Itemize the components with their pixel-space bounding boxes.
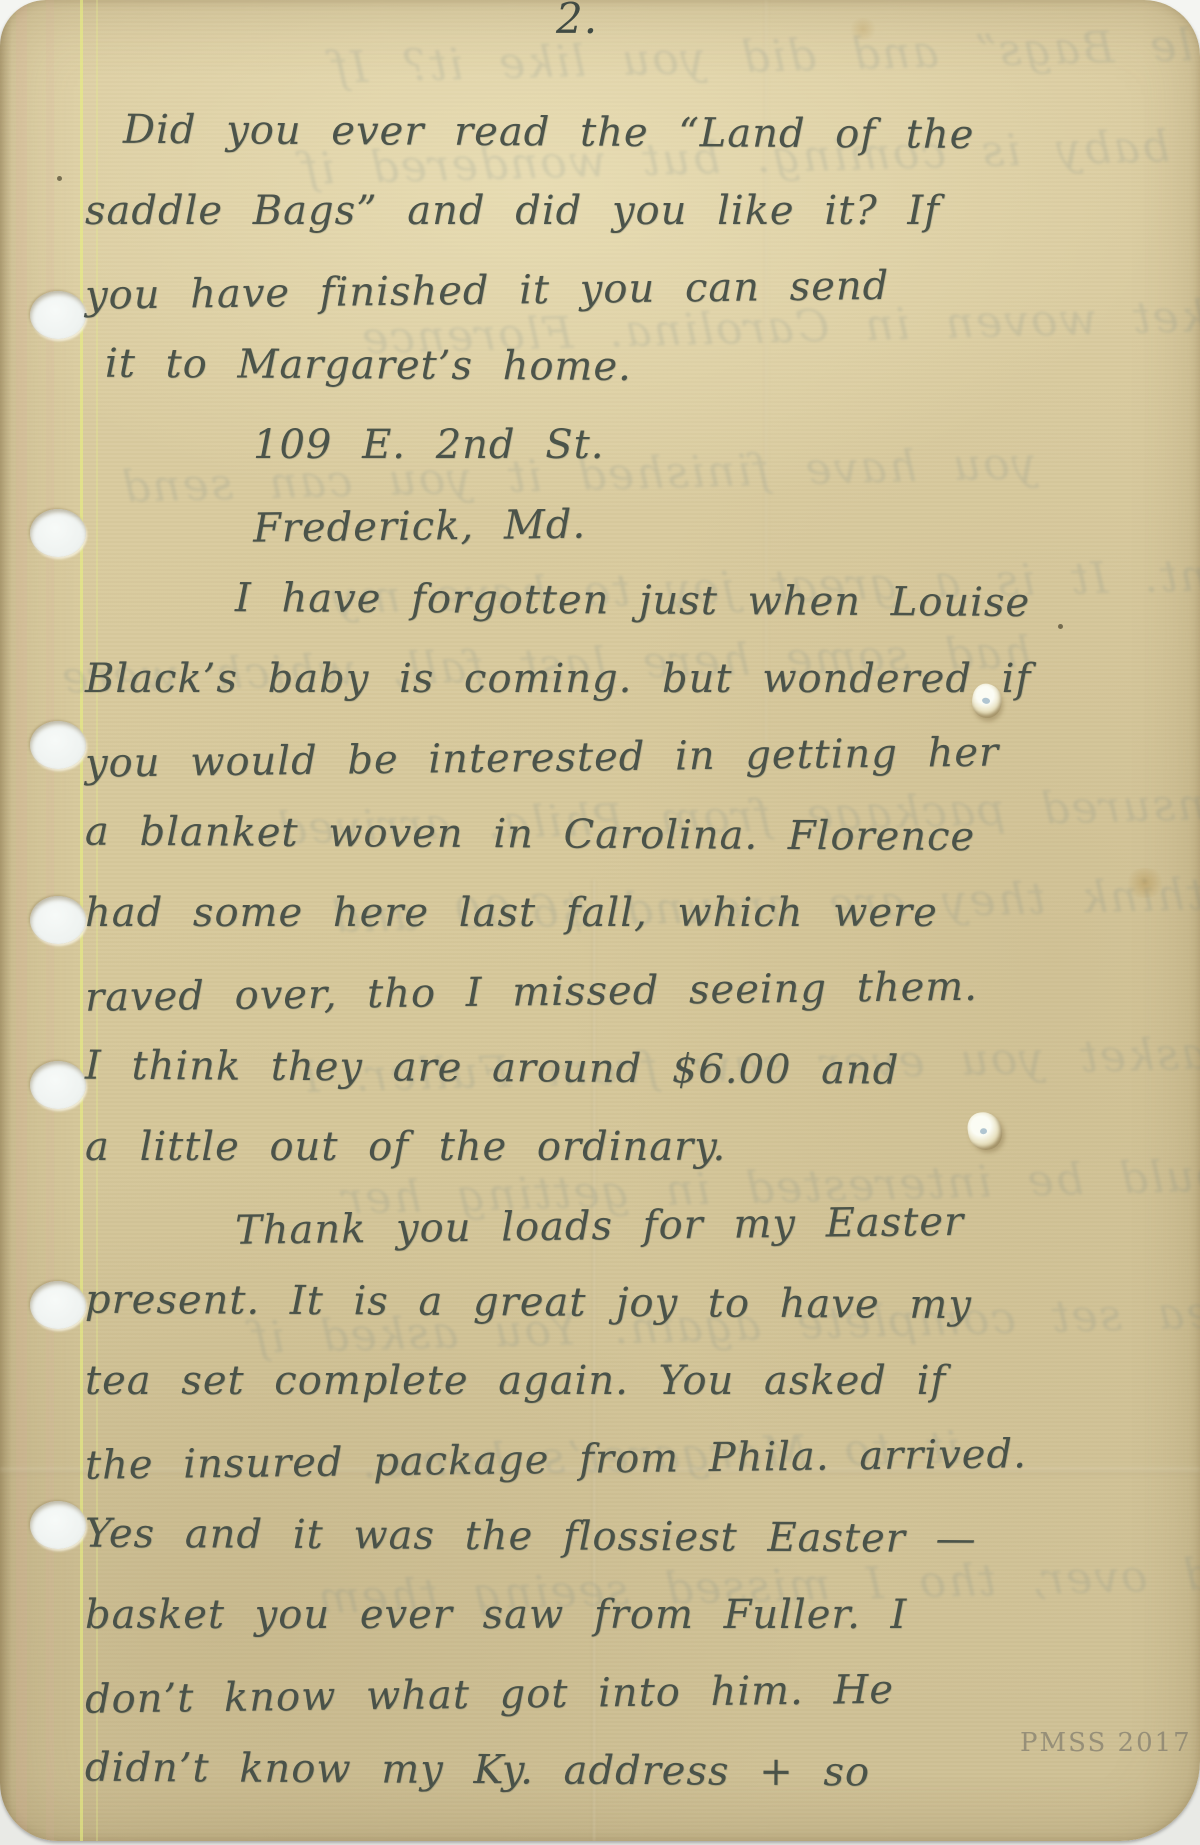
handwriting-line: I think they are around $6.00 and — [85, 1027, 1180, 1112]
handwriting-line: a blanket woven in Carolina. Florence — [85, 793, 1180, 878]
punch-hole — [30, 291, 86, 339]
handwriting-line: had some here last fall, which were — [85, 874, 1180, 952]
punch-hole — [30, 1501, 86, 1549]
page-edge-shadow — [0, 0, 12, 1841]
handwriting-line: Yes and it was the flossiest Easter — — [85, 1495, 1180, 1580]
paper-stain — [1124, 868, 1166, 898]
punch-hole — [30, 896, 86, 944]
handwriting-line: a little out of the ordinary. — [85, 1108, 1180, 1186]
handwriting-line: didn’t know my Ky. address + so — [85, 1729, 1180, 1814]
punch-hole — [30, 721, 86, 769]
handwriting-line: basket you ever saw from Fuller. I — [85, 1576, 1180, 1654]
handwriting-line: don’t know what got into him. He — [85, 1647, 1181, 1738]
tear-fleck — [981, 697, 990, 705]
handwriting-line: Thank you loads for my Easter — [235, 1180, 1181, 1270]
handwriting-line: Black’s baby is coming. but wondered if — [85, 640, 1180, 718]
letter-page: saddle Bags” and did you like it? IfBlac… — [0, 0, 1200, 1841]
paper-speck — [1058, 624, 1063, 629]
punch-hole — [30, 1061, 86, 1109]
handwriting-line: I have forgotten just when Louise — [235, 559, 1180, 643]
punch-hole — [30, 1281, 86, 1329]
handwriting-line: 109 E. 2nd St. — [253, 406, 1180, 484]
handwriting-line: present. It is a great joy to have my — [85, 1261, 1180, 1346]
handwriting-line: raved over, tho I missed seeing them. — [85, 945, 1181, 1036]
page-number: 2. — [556, 0, 598, 43]
tear-fleck — [980, 1128, 988, 1135]
watermark: PMSS 2017 — [1020, 1728, 1192, 1758]
handwriting-line: tea set complete again. You asked if — [85, 1342, 1180, 1420]
handwriting-line: the insured package from Phila. arrived. — [85, 1413, 1181, 1504]
paper-stain — [848, 18, 878, 40]
margin-rule-line — [16, 0, 27, 1841]
handwriting-line: you have finished it you can send — [85, 243, 1181, 334]
handwriting-line: it to Margaret’s home. — [105, 325, 1180, 410]
handwriting-line: Frederick, Md. — [253, 478, 1181, 567]
punch-hole — [30, 509, 86, 557]
letter-body: Did you ever read the “Land of thesaddle… — [85, 94, 1180, 1810]
handwriting-line: saddle Bags” and did you like it? If — [85, 172, 1180, 250]
scan-background: saddle Bags” and did you like it? IfBlac… — [0, 0, 1200, 1845]
handwriting-line: Did you ever read the “Land of the — [123, 91, 1180, 175]
paper-speck — [57, 176, 62, 181]
handwriting-line: you would be interested in getting her — [85, 711, 1181, 802]
